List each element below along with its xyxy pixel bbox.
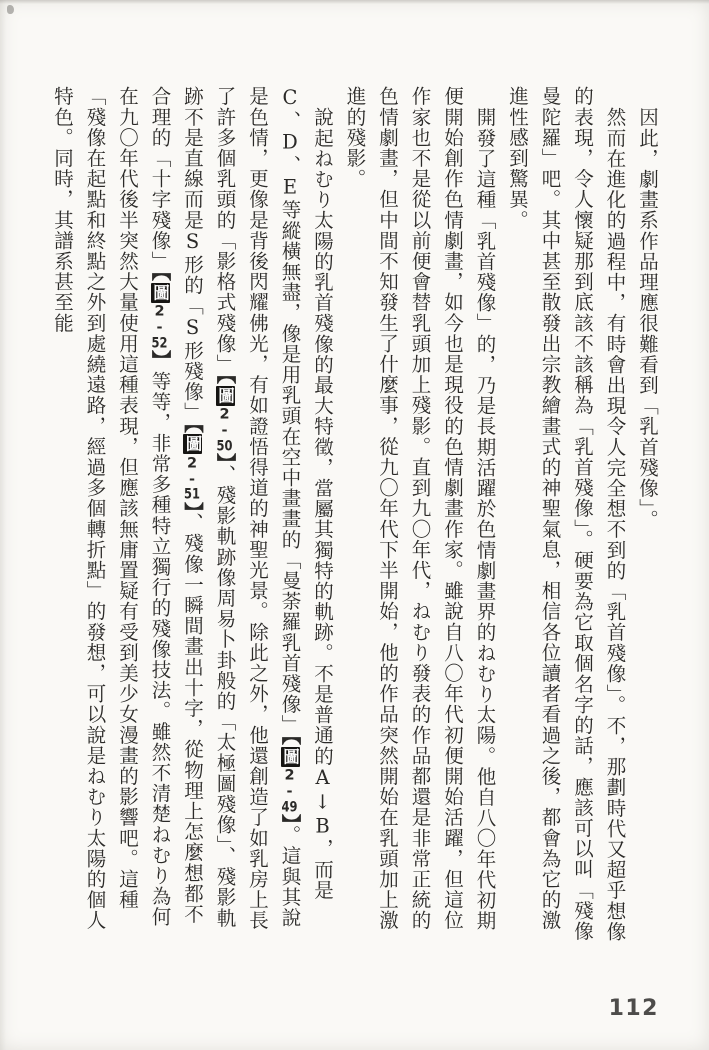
bracket-close: 】 [181, 502, 204, 513]
bracket-close: 】 [214, 453, 237, 464]
paragraph: 因此，劇畫系作品理應很難看到「乳首殘像」。 [631, 86, 664, 942]
bracket-open: 【 [214, 374, 237, 385]
figure-number-major: 2 [217, 407, 233, 423]
book-page: 因此，劇畫系作品理應很難看到「乳首殘像」。然而在進化的過程中，有時會出現令人完全… [0, 0, 709, 1050]
figure-box-icon: 圖 [183, 434, 202, 454]
figure-reference: 【圖2-49】 [279, 735, 302, 825]
bracket-open: 【 [181, 423, 204, 434]
figure-number-minor: 51 [184, 487, 200, 502]
figure-number-major: 2 [152, 304, 168, 320]
paragraph: 說起ねむり太陽的乳首殘像的最大特徵，當屬其獨特的軌跡。不是普通的A↓B，而是C、… [46, 86, 339, 942]
figure-reference: 【圖2-51】 [181, 423, 204, 513]
paragraph: 然而在進化的過程中，有時會出現令人完全想不到的「乳首殘像」。不，那劃時代又超乎想… [501, 86, 631, 942]
figure-reference: 【圖2-50】 [214, 374, 237, 464]
figure-box-icon: 圖 [281, 747, 300, 767]
figure-number-dash: - [152, 320, 168, 336]
page-text: 因此，劇畫系作品理應很難看到「乳首殘像」。然而在進化的過程中，有時會出現令人完全… [46, 86, 664, 942]
figure-number-minor: 50 [217, 439, 233, 454]
bracket-close: 】 [149, 350, 172, 371]
paragraph: 開發了這種「乳首殘像」的，乃是長期活躍於色情劇畫界的ねむり太陽。他自八〇年代初期… [338, 86, 501, 942]
scan-edge-shadow [0, 0, 709, 4]
figure-number-minor: 49 [282, 800, 298, 815]
figure-number-dash: - [184, 471, 200, 487]
scan-corner-speck [7, 5, 14, 14]
figure-box-icon: 圖 [216, 386, 235, 406]
bracket-open: 【 [149, 271, 172, 282]
figure-number-dash: - [282, 784, 298, 800]
figure-number-major: 2 [184, 455, 200, 471]
figure-number-dash: - [217, 423, 233, 439]
bracket-open: 【 [279, 735, 302, 746]
figure-reference: 【圖2-52】 [149, 271, 172, 371]
bracket-close: 】 [279, 814, 302, 825]
figure-number-major: 2 [282, 768, 298, 784]
page-number: 112 [609, 996, 659, 1021]
figure-number-minor: 52 [152, 336, 168, 351]
figure-box-icon: 圖 [151, 283, 170, 303]
